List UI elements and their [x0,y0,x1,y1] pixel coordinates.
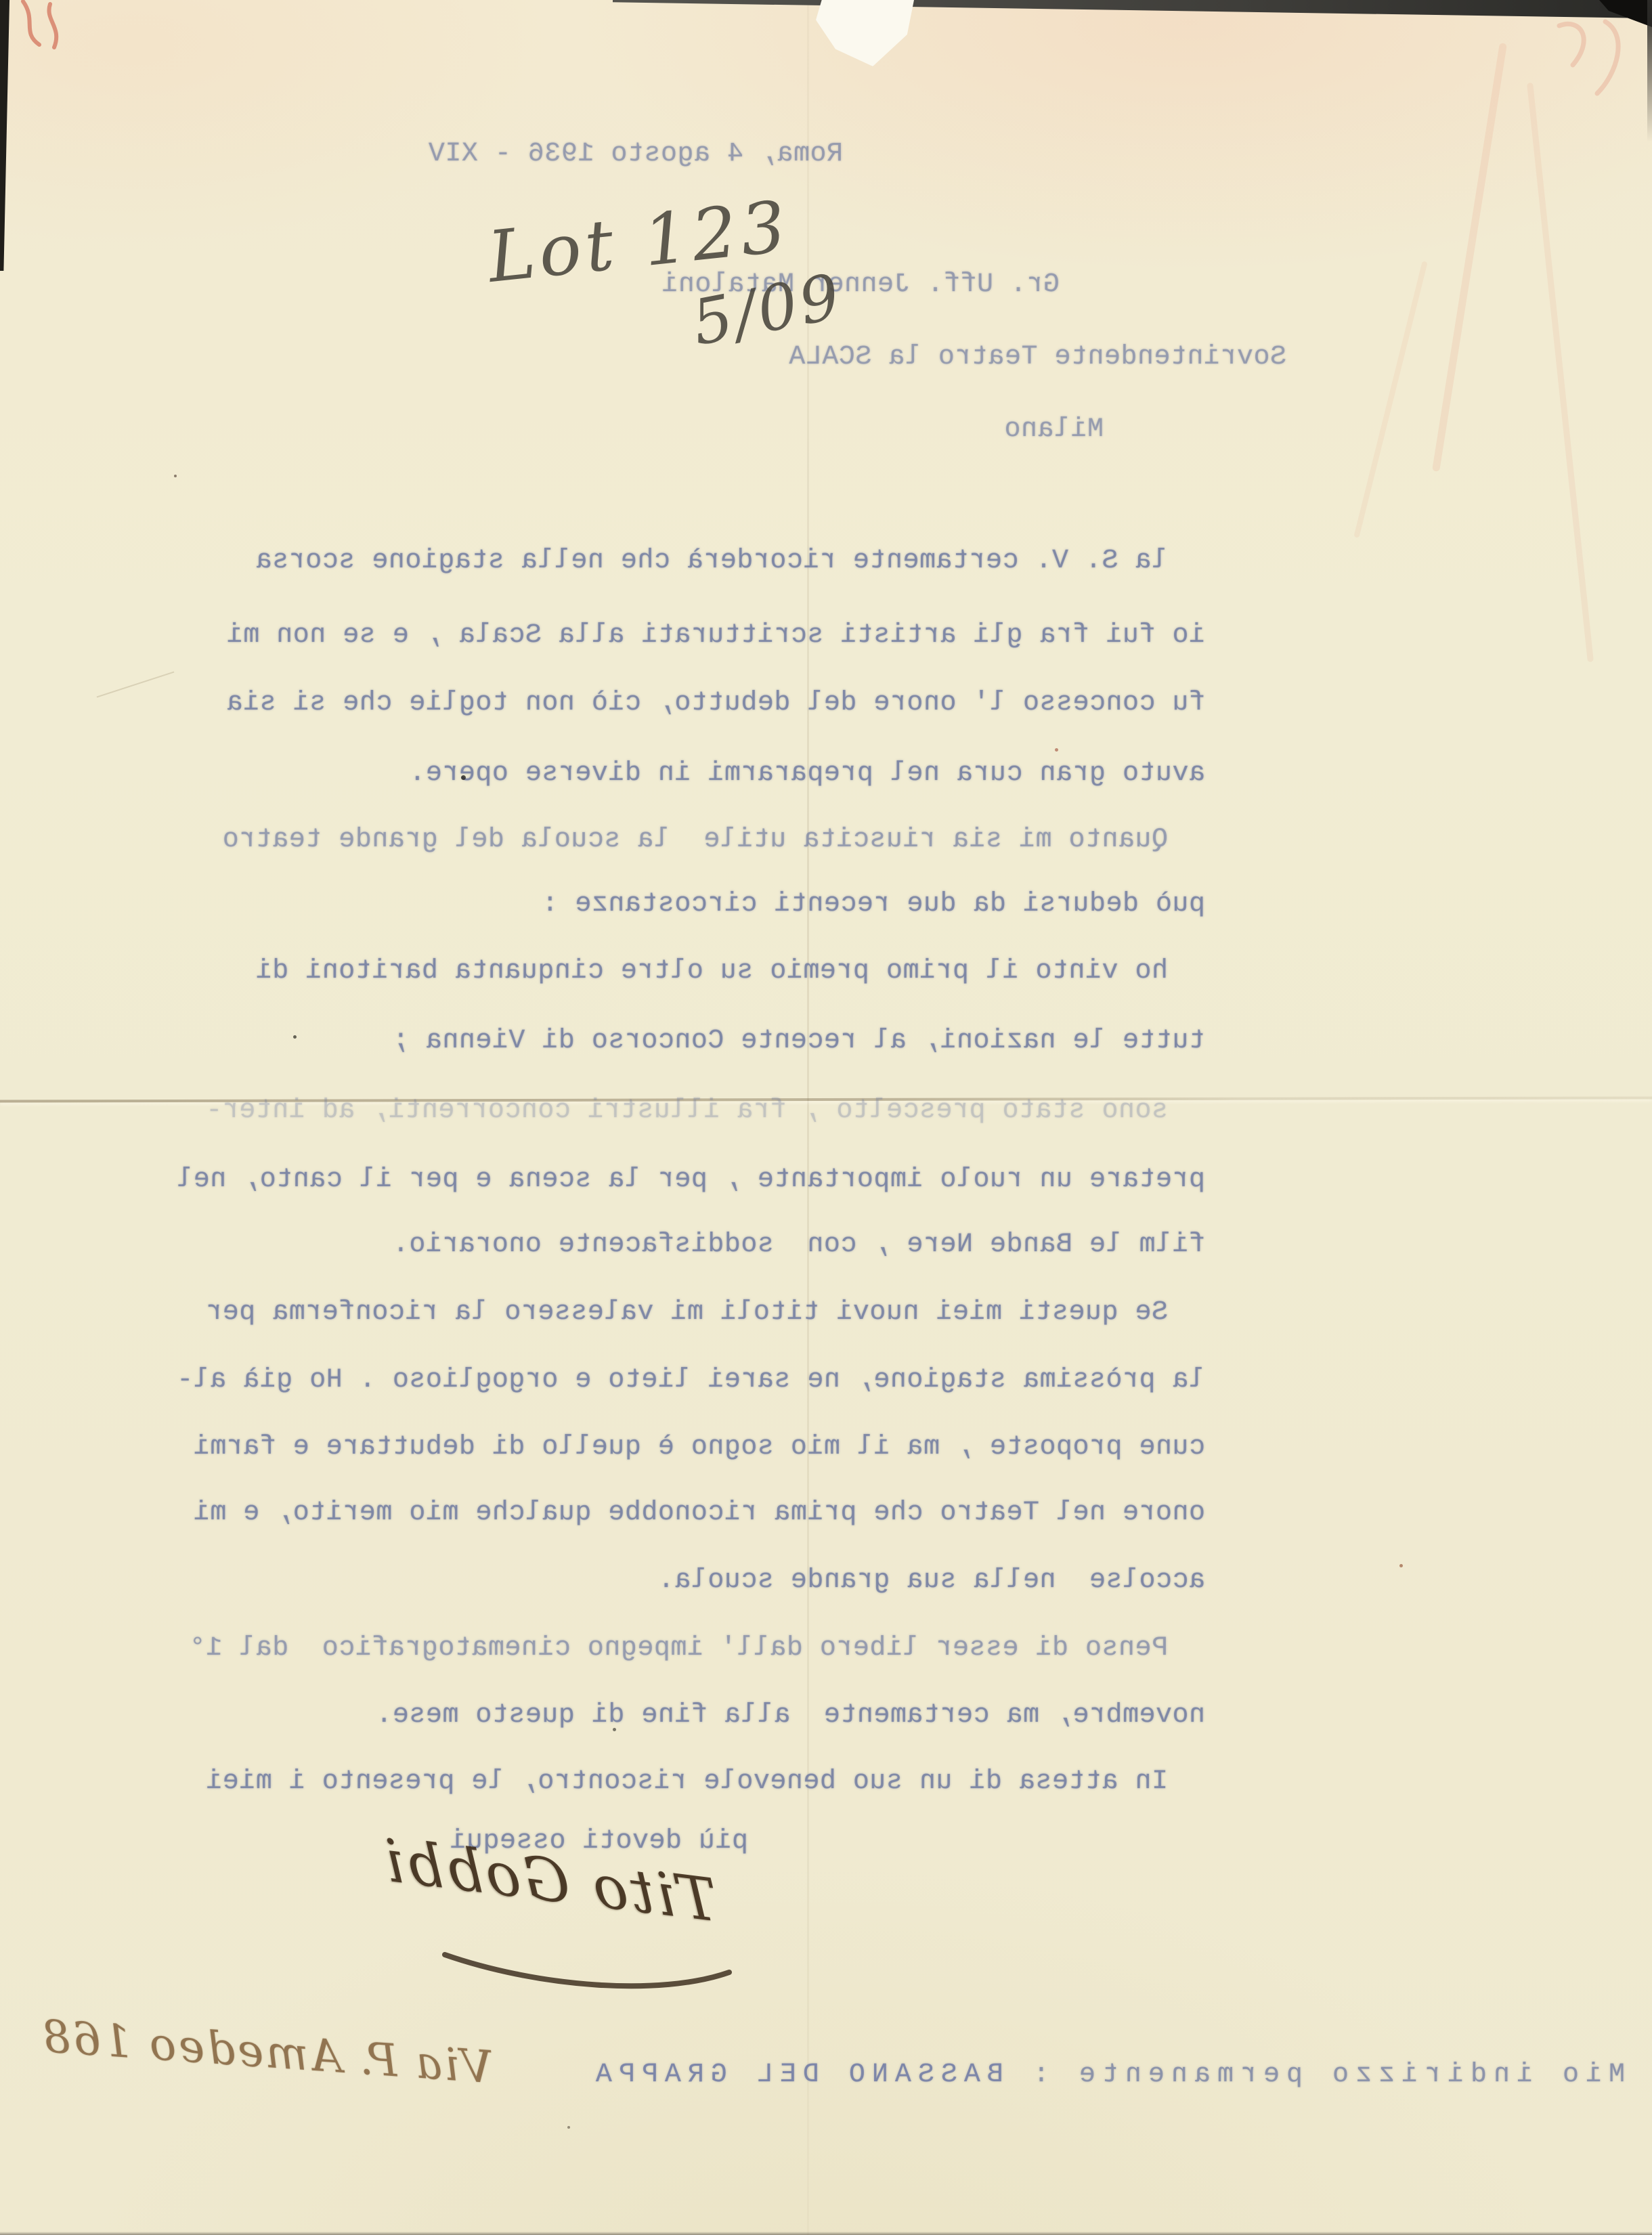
body-line: Quanto mi sia riuscita utile la scuola d… [222,825,1168,855]
recipient-city: Milano [1004,414,1104,445]
address-label: Mio indirizzo permanente : [1003,2060,1625,2090]
paper-speck [293,1035,297,1039]
recipient-title: Sovrintendente Teatro la SCALA [789,342,1286,372]
body-line: In attesa di un suo benevole riscontro, … [206,1766,1168,1797]
red-pencil-corner-mark [9,0,84,61]
body-line: tutte le nazioni, al recente Concorso di… [392,1026,1205,1056]
paper-speck [174,475,177,477]
scanned-letter-page: { "document": { "kind": "typewritten-let… [0,0,1652,2235]
body-line: onore nel Teatro che prima riconobbe qua… [193,1498,1205,1528]
scanner-edge-right [1647,0,1652,142]
body-line: fu concesso l' onore del debutto, ciò no… [226,688,1205,718]
body-line: sono stato prescelto , fra illustri conc… [206,1095,1168,1126]
permanent-address-line: Mio indirizzo permanente : BASSANO DEL G… [589,2060,1625,2090]
date-line: Roma, 4 agosto 1936 - XIV [428,139,843,169]
signature-underline-flourish [437,1940,735,2004]
body-line: pretare un ruolo importante , per la sce… [177,1165,1205,1195]
body-line: novembre, ma certamente alla fine di que… [376,1700,1205,1731]
paper-speck [567,2126,570,2129]
paper-speck [1055,748,1058,752]
body-line: cune proposte , ma il mio sogno è quello… [193,1432,1205,1462]
handwritten-address: Via P. Amedeo 168 [39,2010,494,2093]
body-line: avuto gran cura nel prepararmi in divers… [409,758,1205,789]
body-line: film le Bande Nere , con soddisfacente o… [392,1230,1205,1260]
body-line: ho vinto il primo premio su oltre cinqua… [255,956,1168,986]
body-line: può dedursi da due recenti circostanze : [542,889,1205,919]
red-pencil-corner-mark [1547,12,1649,114]
body-line: io fui fra gli artisti scritturati alla … [226,620,1205,651]
body-line: la S. V. certamente ricorderà che nella … [255,546,1168,576]
body-line: la pròssima stagione, ne sarei lieto e o… [177,1365,1205,1395]
scanner-edge-bottom [0,2232,1652,2235]
body-line: Se questi miei nuovi titoli mi valessero… [206,1297,1168,1328]
paper-speck [613,1728,616,1731]
address-place: BASSANO DEL GRAPPA [589,2060,1003,2090]
body-line: Penso di esser libero dall' impegno cine… [189,1633,1168,1664]
paper-speck [1399,1564,1403,1567]
body-line: accolse nella sua grande scuola. [657,1565,1205,1596]
paper-speck [461,775,466,780]
